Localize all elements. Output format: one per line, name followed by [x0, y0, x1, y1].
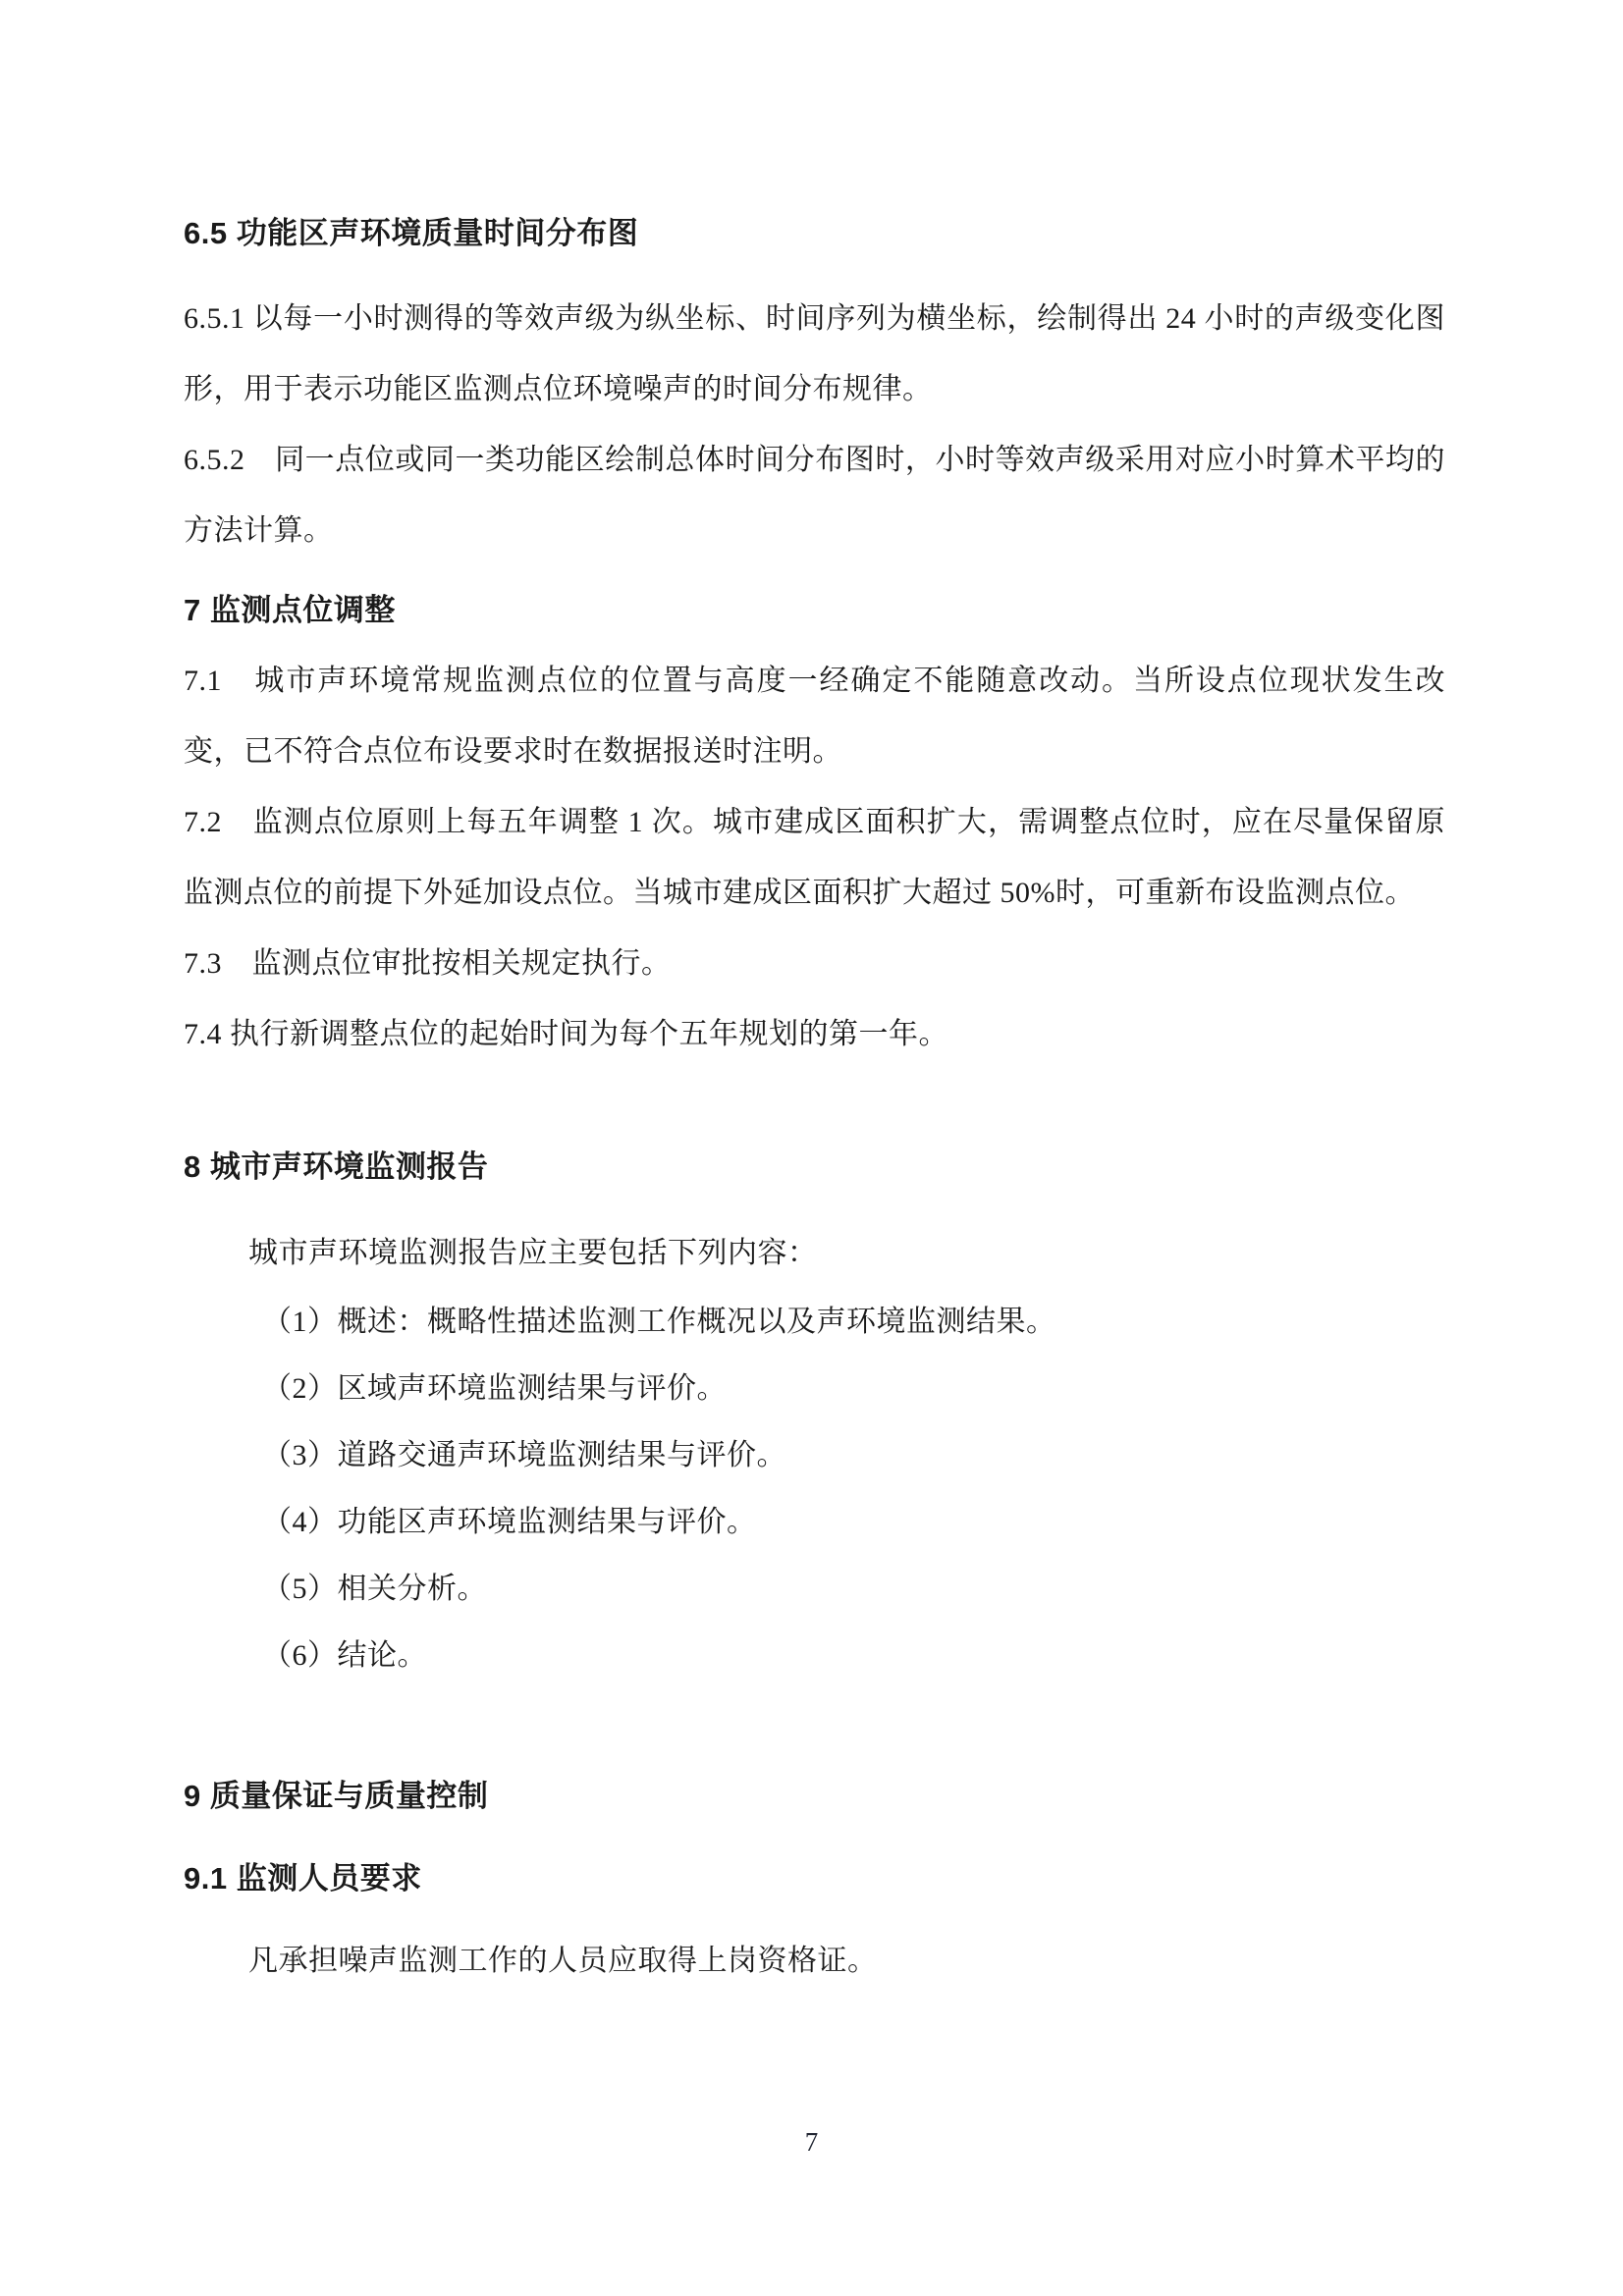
- list-item-3: （3）道路交通声环境监测结果与评价。: [184, 1422, 1445, 1489]
- paragraph-7-4: 7.4 执行新调整点位的起始时间为每个五年规划的第一年。: [184, 999, 1445, 1070]
- list-item-4: （4）功能区声环境监测结果与评价。: [184, 1489, 1445, 1556]
- paragraph-7-2: 7.2 监测点位原则上每五年调整 1 次。城市建成区面积扩大，需调整点位时，应在…: [184, 787, 1445, 929]
- section-heading-9: 9 质量保证与质量控制: [184, 1761, 1445, 1832]
- section-heading-7: 7 监测点位调整: [184, 575, 1445, 646]
- section-heading-9-1: 9.1 监测人员要求: [184, 1843, 1445, 1914]
- paragraph-7-3: 7.3 监测点位审批按相关规定执行。: [184, 929, 1445, 999]
- page-footer: 7: [0, 2122, 1623, 2162]
- document-content: 6.5 功能区声环境质量时间分布图 6.5.1 以每一小时测得的等效声级为纵坐标…: [184, 198, 1445, 1997]
- paragraph-7-1: 7.1 城市声环境常规监测点位的位置与高度一经确定不能随意改动。当所设点位现状发…: [184, 646, 1445, 787]
- list-item-2: （2）区域声环境监测结果与评价。: [184, 1356, 1445, 1422]
- list-item-1: （1）概述：概略性描述监测工作概况以及声环境监测结果。: [184, 1289, 1445, 1356]
- list-item-6: （6）结论。: [184, 1623, 1445, 1689]
- paragraph-6-5-1: 6.5.1 以每一小时测得的等效声级为纵坐标、时间序列为横坐标，绘制得出 24 …: [184, 284, 1445, 425]
- paragraph-9-1-body: 凡承担噪声监测工作的人员应取得上岗资格证。: [184, 1926, 1445, 1997]
- paragraph-report-intro: 城市声环境监测报告应主要包括下列内容：: [184, 1218, 1445, 1289]
- document-page: 6.5 功能区声环境质量时间分布图 6.5.1 以每一小时测得的等效声级为纵坐标…: [0, 0, 1623, 2296]
- paragraph-6-5-2: 6.5.2 同一点位或同一类功能区绘制总体时间分布图时，小时等效声级采用对应小时…: [184, 425, 1445, 566]
- list-item-5: （5）相关分析。: [184, 1556, 1445, 1623]
- section-heading-8: 8 城市声环境监测报告: [184, 1132, 1445, 1202]
- section-heading-6-5: 6.5 功能区声环境质量时间分布图: [184, 198, 1445, 269]
- page-number: 7: [805, 2127, 819, 2157]
